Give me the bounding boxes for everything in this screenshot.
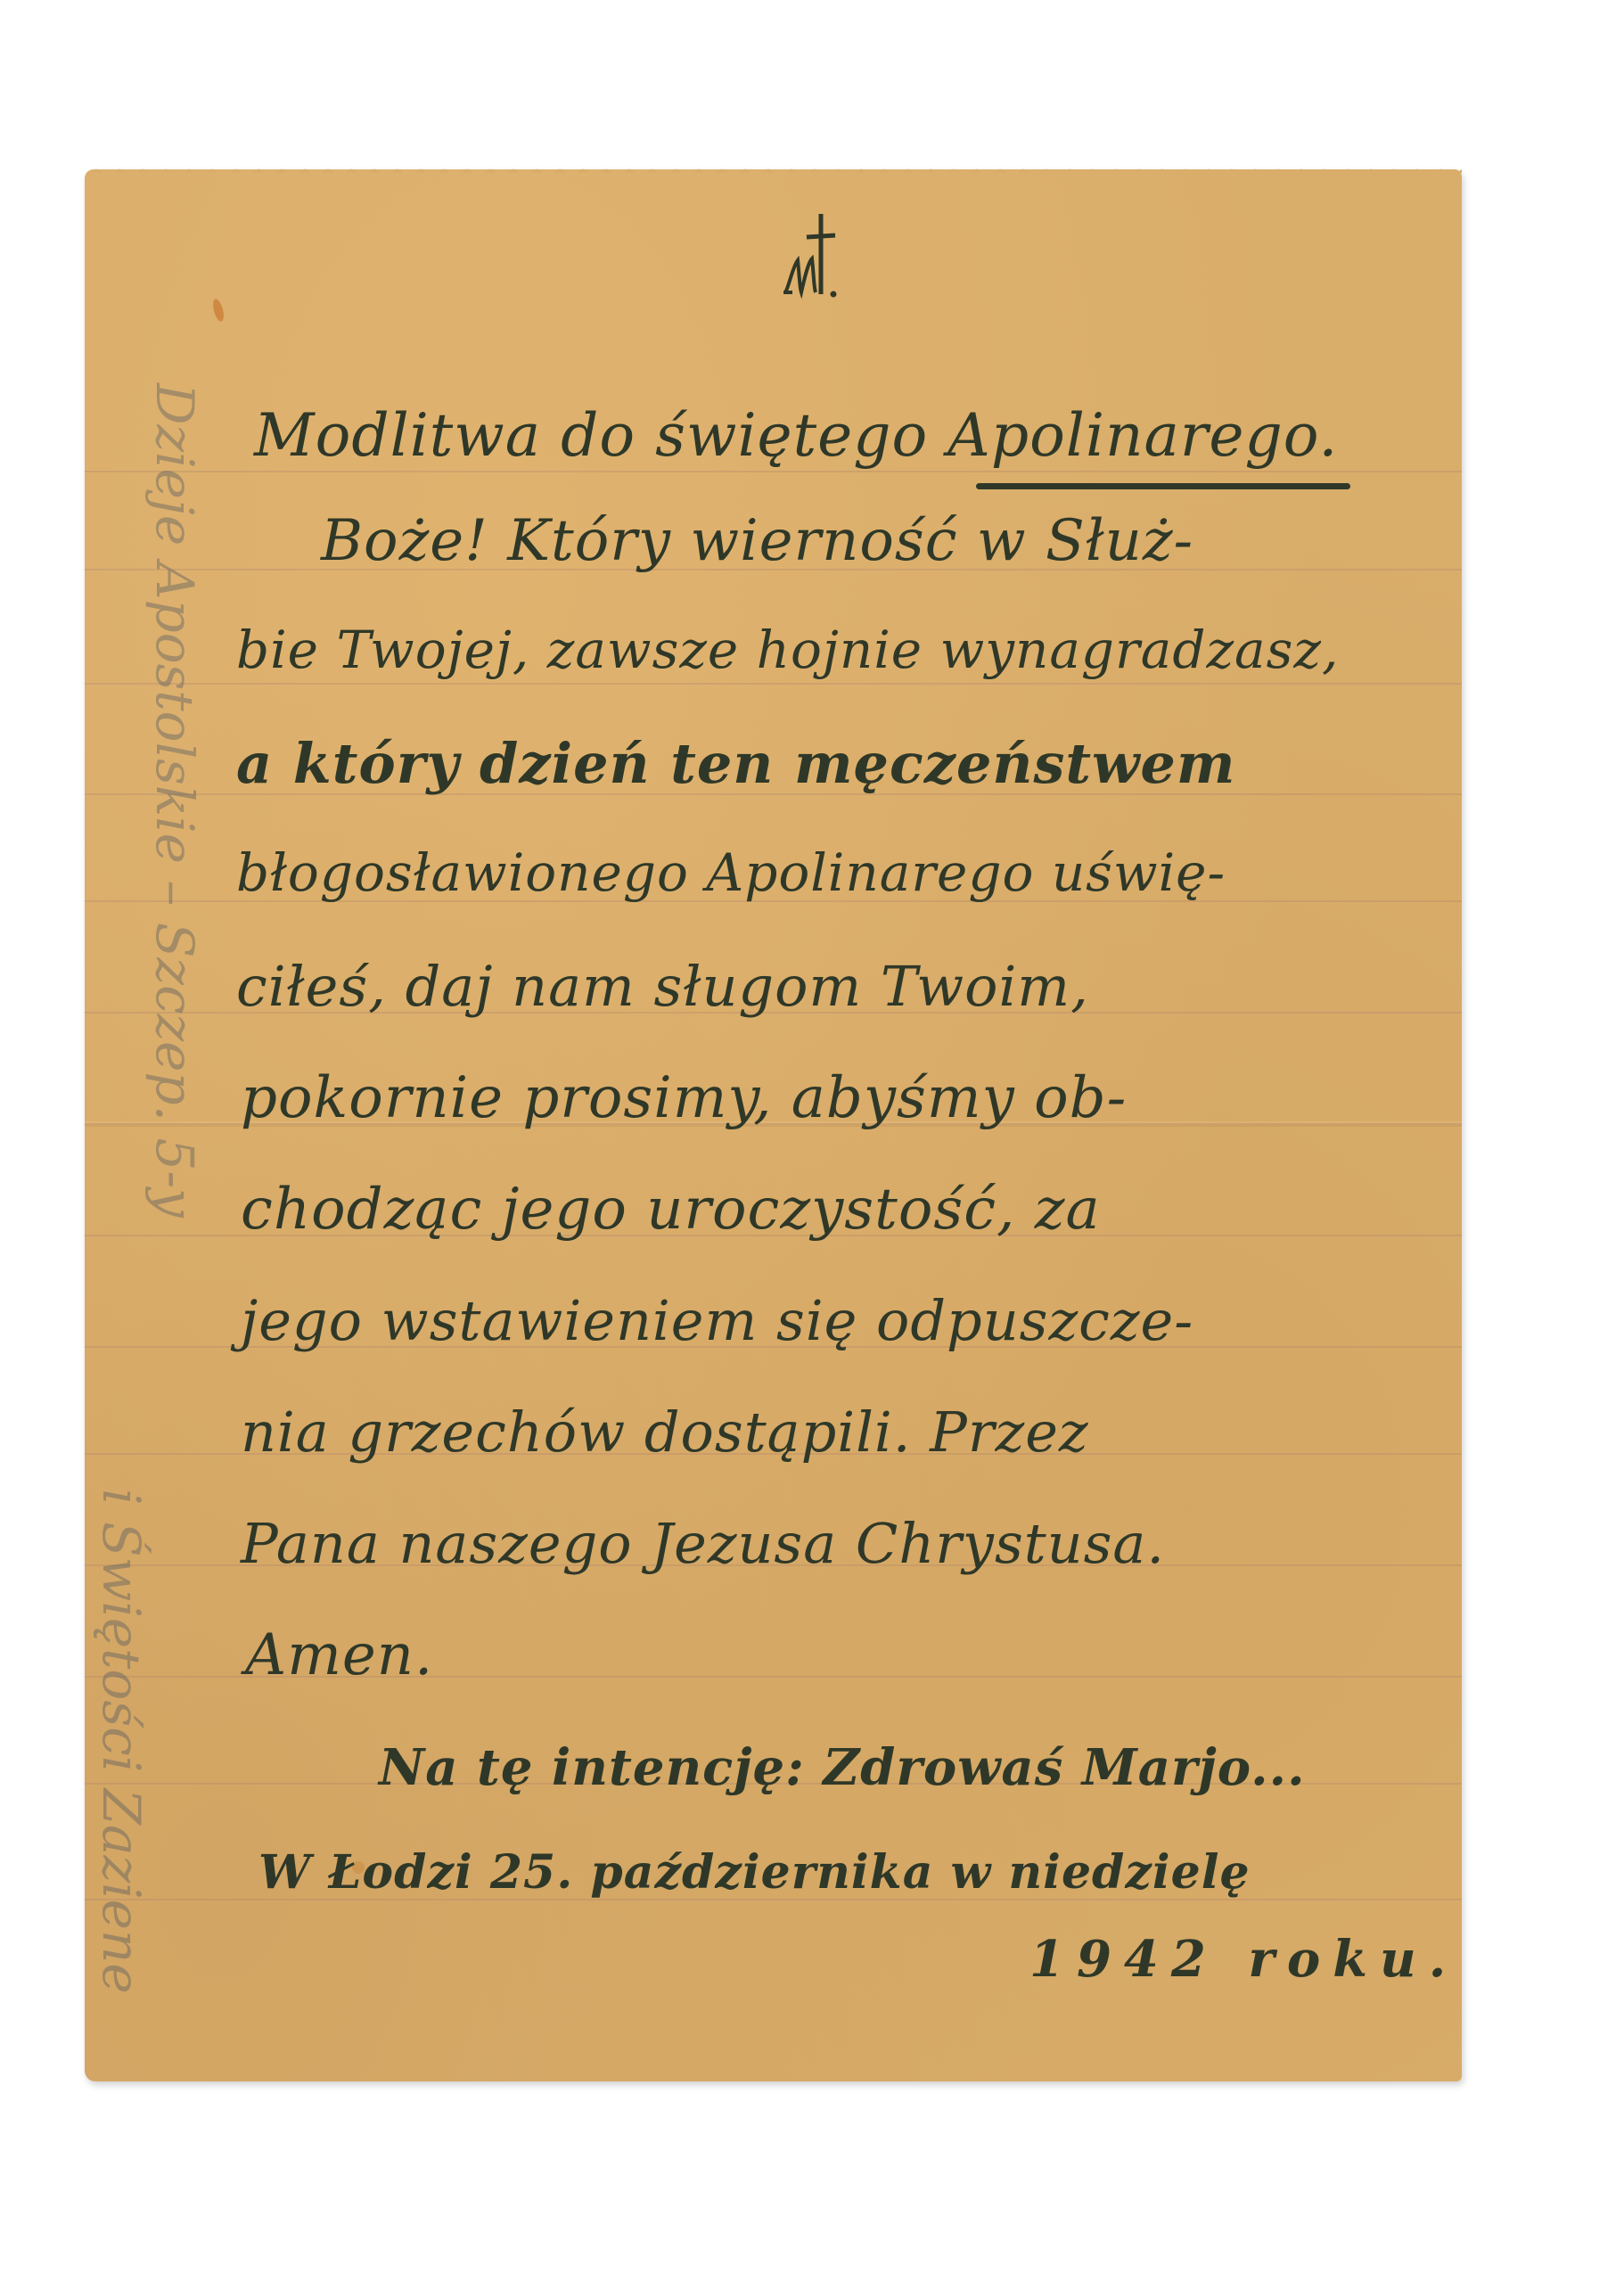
bleed-through-text: Dzieje Apostolskie – Szczep. 5-y i Święt…: [98, 383, 258, 2032]
prayer-line: Pana naszego Jezusa Chrystusa.: [241, 1511, 1165, 1576]
prayer-line: nia grzechów dostąpili. Przez: [241, 1400, 1089, 1465]
cross-monogram-icon: [780, 205, 851, 312]
prayer-line: pokornie prosimy, abyśmy ob-: [241, 1065, 1127, 1131]
prayer-title: Modlitwa do świętego Apolinarego.: [254, 401, 1338, 470]
bleed-through-column: Dzieje Apostolskie – Szczep. 5-y: [144, 383, 205, 1218]
prayer-line: a który dzień ten męczeństwem: [236, 731, 1235, 796]
prayer-line: Boże! Który wierność w Służ-: [321, 508, 1193, 574]
prayer-line: ciłeś, daj nam sługom Twoim,: [236, 954, 1089, 1019]
prayer-line: bie Twojej, zawsze hojnie wynagradzasz,: [236, 620, 1339, 680]
stain-mark: [211, 298, 226, 323]
ruled-line: [85, 683, 1462, 685]
date-year: 1942 roku.: [1029, 1930, 1458, 1989]
prayer-line: błogosławionego Apolinarego uświę-: [236, 842, 1226, 903]
prayer-line: chodząc jego uroczystość, za: [241, 1177, 1101, 1243]
prayer-card-paper: Dzieje Apostolskie – Szczep. 5-y i Święt…: [85, 169, 1462, 2081]
title-text: Modlitwa do świętego Apolinarego.: [254, 401, 1338, 470]
prayer-line: jego wstawieniem się odpuszcze-: [241, 1288, 1193, 1353]
ruled-line: [85, 471, 1462, 472]
dateline: W Łodzi 25. października w niedzielę: [258, 1845, 1251, 1900]
prayer-amen: Amen.: [245, 1622, 433, 1688]
bleed-through-column: i Świętości Zaziene: [91, 1489, 152, 1994]
intention-line: Na tę intencję: Zdrowaś Marjo...: [379, 1738, 1306, 1797]
deckle-edge: [85, 164, 1462, 173]
title-underline: [976, 483, 1350, 489]
